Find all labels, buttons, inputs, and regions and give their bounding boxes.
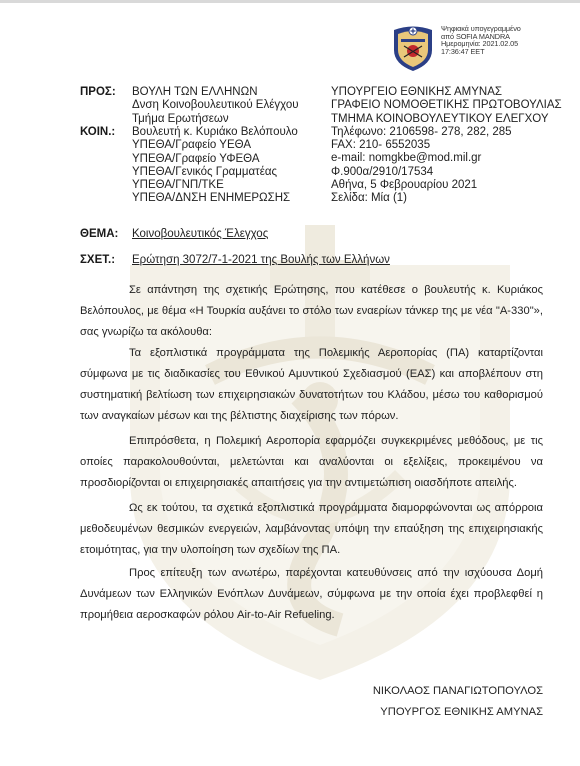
body-paragraph: Ως εκ τούτου, τα σχετικά εξοπλιστικά προ…	[80, 498, 543, 561]
digital-signature-text: Ψηφιακά υπογεγραμμένοαπό SOFIA MANDRAΗμε…	[441, 25, 521, 55]
reference-value: Ερώτηση 3072/7-1-2021 της Βουλής των Ελλ…	[132, 254, 390, 266]
letter-body: Σε απάντηση της σχετικής Ερώτησης, που κ…	[80, 280, 543, 626]
sender-page: Σελίδα: Μία (1)	[331, 192, 562, 205]
cc-label: ΚΟΙΝ.:	[80, 126, 115, 138]
signatory-title: ΥΠΟΥΡΓΟΣ ΕΘΝΙΚΗΣ ΑΜΥΝΑΣ	[380, 706, 543, 718]
sender-date: Αθήνα, 5 Φεβρουαρίου 2021	[331, 179, 562, 192]
recipient-line: Τμήμα Ερωτήσεων	[132, 113, 299, 126]
recipient-line: Δνση Κοινοβουλευτικού Ελέγχου	[132, 99, 299, 112]
body-paragraph: Προς επίτευξη των ανωτέρω, παρέχονται κα…	[80, 563, 543, 626]
signature-line: 17:36:47 EET	[441, 48, 521, 56]
body-paragraph: Σε απάντηση της σχετικής Ερώτησης, που κ…	[80, 280, 543, 343]
sender-line: Τηλέφωνο: 2106598- 278, 282, 285	[331, 126, 562, 139]
cc-line: ΥΠΕΘΑ/Γραφείο ΥΕΘΑ	[132, 139, 298, 152]
sender-line: ΤΜΗΜΑ ΚΟΙΝΟΒΟΥΛΕΥΤΙΚΟΥ ΕΛΕΓΧΟΥ	[331, 113, 562, 126]
signatory-name: ΝΙΚΟΛΑΟΣ ΠΑΝΑΓΙΩΤΟΠΟΥΛΟΣ	[373, 685, 543, 697]
to-recipients: ΒΟΥΛΗ ΤΩΝ ΕΛΛΗΝΩΝ Δνση Κοινοβουλευτικού …	[132, 86, 299, 126]
subject-label: ΘΕΜΑ:	[80, 228, 118, 240]
cc-line: ΥΠΕΘΑ/Γραφείο ΥΦΕΘΑ	[132, 153, 298, 166]
body-paragraph: Τα εξοπλιστικά προγράμματα της Πολεμικής…	[80, 343, 543, 427]
subject-value: Κοινοβουλευτικός Έλεγχος	[132, 228, 268, 240]
body-paragraph: Επιπρόσθετα, η Πολεμική Αεροπορία εφαρμό…	[80, 431, 543, 494]
cc-line: ΥΠΕΘΑ/ΔΝΣΗ ΕΝΗΜΕΡΩΣΗΣ	[132, 192, 298, 205]
cc-line: ΥΠΕΘΑ/Γενικός Γραμματέας	[132, 166, 298, 179]
sender-line: ΓΡΑΦΕΙΟ ΝΟΜΟΘΕΤΙΚΗΣ ΠΡΩΤΟΒΟΥΛΙΑΣ	[331, 99, 562, 112]
reference-label: ΣΧΕΤ.:	[80, 254, 115, 266]
sender-line: FAX: 210- 6552035	[331, 139, 562, 152]
military-shield-emblem-icon	[391, 24, 435, 72]
sender-line: Φ.900α/2910/17534	[331, 166, 562, 179]
sender-email: e-mail: nomgkbe@mod.mil.gr	[331, 152, 562, 165]
cc-recipients: Βουλευτή κ. Κυριάκο Βελόπουλο ΥΠΕΘΑ/Γραφ…	[132, 126, 298, 206]
recipient-line: ΒΟΥΛΗ ΤΩΝ ΕΛΛΗΝΩΝ	[132, 86, 299, 99]
to-label: ΠΡΟΣ:	[80, 86, 116, 98]
sender-block: ΥΠΟΥΡΓΕΙΟ ΕΘΝΙΚΗΣ ΑΜΥΝΑΣ ΓΡΑΦΕΙΟ ΝΟΜΟΘΕΤ…	[331, 86, 562, 206]
sender-line: ΥΠΟΥΡΓΕΙΟ ΕΘΝΙΚΗΣ ΑΜΥΝΑΣ	[331, 86, 562, 99]
cc-line: ΥΠΕΘΑ/ΓΝΠ/ΤΚΕ	[132, 179, 298, 192]
cc-line: Βουλευτή κ. Κυριάκο Βελόπουλο	[132, 126, 298, 139]
